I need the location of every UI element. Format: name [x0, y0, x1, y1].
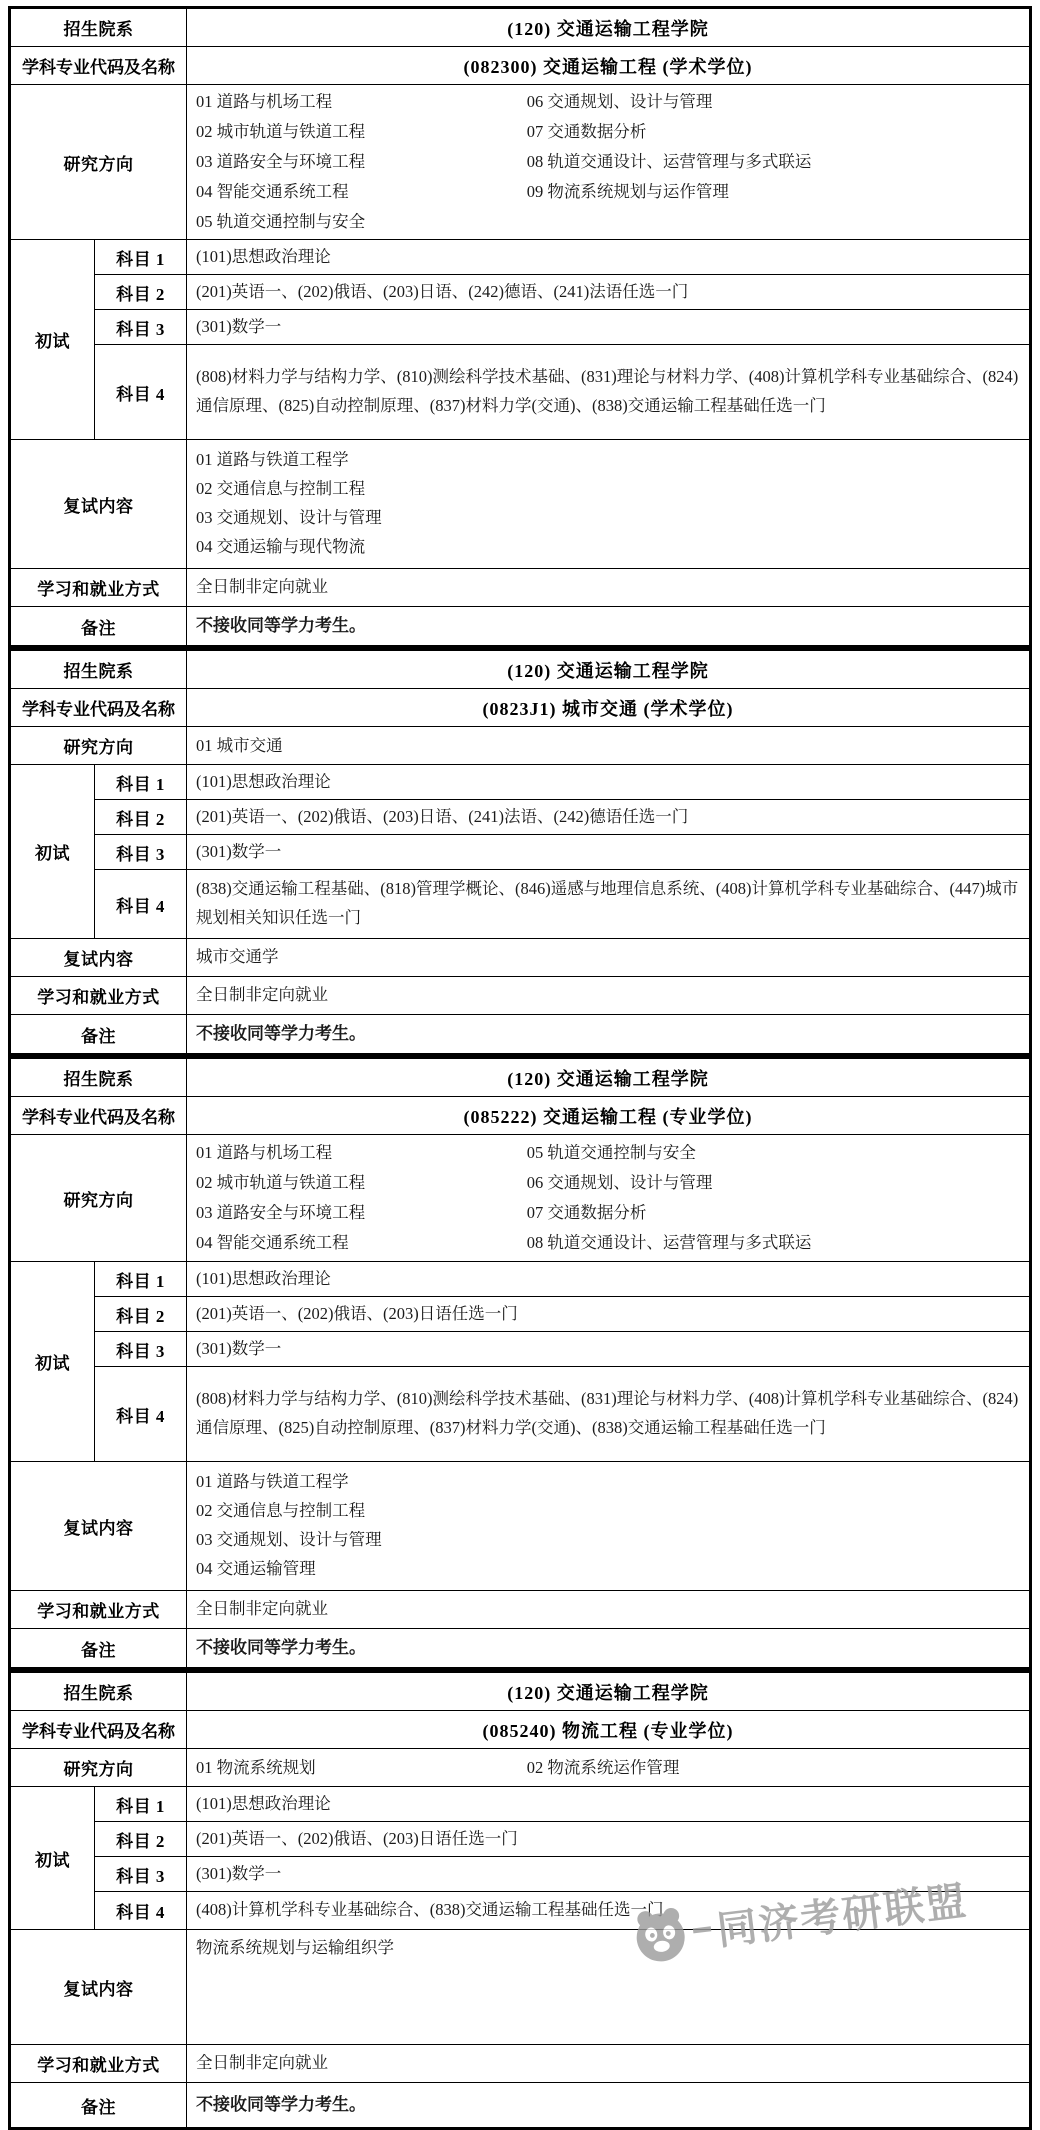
college-label: 招生院系 — [10, 1058, 187, 1097]
admissions-table-sheet: 招生院系 (120) 交通运输工程学院 学科专业代码及名称 (082300) 交… — [8, 6, 1032, 2130]
subject3-row: 科目 3 (301)数学一 — [10, 310, 1031, 345]
directions-left-list: 01 城市交通 — [196, 731, 527, 761]
subject2-row: 科目 2 (201)英语一、(202)俄语、(203)日语任选一门 — [10, 1297, 1031, 1332]
subject4-label: 科目 4 — [95, 1367, 187, 1462]
subject4-row: 科目 4 (838)交通运输工程基础、(818)管理学概论、(846)遥感与地理… — [10, 870, 1031, 939]
directions-row: 研究方向 01 物流系统规划 02 物流系统运作管理 — [10, 1749, 1031, 1787]
study-mode-row: 学习和就业方式 全日制非定向就业 — [10, 977, 1031, 1015]
subject3-label: 科目 3 — [95, 310, 187, 345]
subject1-value: (101)思想政治理论 — [187, 240, 1031, 275]
major-label: 学科专业代码及名称 — [10, 47, 187, 85]
study-mode-value: 全日制非定向就业 — [187, 977, 1031, 1015]
college-value: (120) 交通运输工程学院 — [187, 1672, 1031, 1711]
major-value: (085222) 交通运输工程 (专业学位) — [187, 1097, 1031, 1135]
study-mode-value: 全日制非定向就业 — [187, 2045, 1031, 2083]
subject1-row: 初试 科目 1 (101)思想政治理论 — [10, 1787, 1031, 1822]
subject2-row: 科目 2 (201)英语一、(202)俄语、(203)日语任选一门 — [10, 1822, 1031, 1857]
directions-left-list: 01 道路与机场工程 02 城市轨道与铁道工程 03 道路安全与环境工程 04 … — [196, 1138, 527, 1258]
subject1-label: 科目 1 — [95, 1787, 187, 1822]
remarks-label: 备注 — [10, 607, 187, 647]
college-label: 招生院系 — [10, 1672, 187, 1711]
retest-label: 复试内容 — [10, 939, 187, 977]
initial-exam-label: 初试 — [10, 765, 95, 939]
subject2-value: (201)英语一、(202)俄语、(203)日语任选一门 — [187, 1822, 1031, 1857]
subject3-value: (301)数学一 — [187, 1332, 1031, 1367]
college-label: 招生院系 — [10, 8, 187, 47]
remarks-row: 备注 不接收同等学力考生。 — [10, 2083, 1031, 2129]
directions-columns: 01 道路与机场工程 02 城市轨道与铁道工程 03 道路安全与环境工程 04 … — [196, 87, 1023, 237]
subject3-row: 科目 3 (301)数学一 — [10, 835, 1031, 870]
major-value: (085240) 物流工程 (专业学位) — [187, 1711, 1031, 1749]
subject1-value: (101)思想政治理论 — [187, 1787, 1031, 1822]
subject3-row: 科目 3 (301)数学一 — [10, 1857, 1031, 1892]
subject4-label: 科目 4 — [95, 1892, 187, 1930]
subject2-value: (201)英语一、(202)俄语、(203)日语、(241)法语、(242)德语… — [187, 800, 1031, 835]
retest-label: 复试内容 — [10, 440, 187, 569]
remarks-value: 不接收同等学力考生。 — [187, 1015, 1031, 1055]
retest-value: 物流系统规划与运输组织学 — [187, 1930, 1031, 2045]
directions-columns: 01 物流系统规划 02 物流系统运作管理 — [196, 1753, 1023, 1783]
program-section: 招生院系 (120) 交通运输工程学院 学科专业代码及名称 (0823J1) 城… — [8, 648, 1032, 1056]
directions-value: 01 道路与机场工程 02 城市轨道与铁道工程 03 道路安全与环境工程 04 … — [187, 1135, 1031, 1262]
subject1-row: 初试 科目 1 (101)思想政治理论 — [10, 1262, 1031, 1297]
college-row: 招生院系 (120) 交通运输工程学院 — [10, 1672, 1031, 1711]
program-section: 招生院系 (120) 交通运输工程学院 学科专业代码及名称 (085222) 交… — [8, 1056, 1032, 1670]
major-row: 学科专业代码及名称 (085222) 交通运输工程 (专业学位) — [10, 1097, 1031, 1135]
major-row: 学科专业代码及名称 (082300) 交通运输工程 (学术学位) — [10, 47, 1031, 85]
retest-label: 复试内容 — [10, 1930, 187, 2045]
directions-right-list: 06 交通规划、设计与管理 07 交通数据分析 08 轨道交通设计、运营管理与多… — [527, 87, 1023, 207]
directions-label: 研究方向 — [10, 1135, 187, 1262]
subject3-label: 科目 3 — [95, 1857, 187, 1892]
subject1-value: (101)思想政治理论 — [187, 1262, 1031, 1297]
directions-right-list: 02 物流系统运作管理 — [527, 1753, 1023, 1783]
study-mode-row: 学习和就业方式 全日制非定向就业 — [10, 569, 1031, 607]
subject4-value: (408)计算机学科专业基础综合、(838)交通运输工程基础任选一门 — [187, 1892, 1031, 1930]
study-mode-label: 学习和就业方式 — [10, 977, 187, 1015]
directions-left-list: 01 物流系统规划 — [196, 1753, 527, 1783]
subject1-row: 初试 科目 1 (101)思想政治理论 — [10, 765, 1031, 800]
remarks-value: 不接收同等学力考生。 — [187, 1629, 1031, 1669]
major-row: 学科专业代码及名称 (085240) 物流工程 (专业学位) — [10, 1711, 1031, 1749]
directions-columns: 01 城市交通 — [196, 731, 1023, 761]
college-row: 招生院系 (120) 交通运输工程学院 — [10, 8, 1031, 47]
retest-row: 复试内容 01 道路与铁道工程学 02 交通信息与控制工程 03 交通规划、设计… — [10, 1462, 1031, 1591]
subject1-value: (101)思想政治理论 — [187, 765, 1031, 800]
subject2-label: 科目 2 — [95, 1297, 187, 1332]
subject2-label: 科目 2 — [95, 1822, 187, 1857]
program-section: 招生院系 (120) 交通运输工程学院 学科专业代码及名称 (085240) 物… — [8, 1670, 1032, 2130]
subject1-label: 科目 1 — [95, 765, 187, 800]
subject4-row: 科目 4 (408)计算机学科专业基础综合、(838)交通运输工程基础任选一门 — [10, 1892, 1031, 1930]
directions-label: 研究方向 — [10, 727, 187, 765]
directions-label: 研究方向 — [10, 85, 187, 240]
subject4-label: 科目 4 — [95, 345, 187, 440]
subject3-value: (301)数学一 — [187, 310, 1031, 345]
major-value: (0823J1) 城市交通 (学术学位) — [187, 689, 1031, 727]
subject3-value: (301)数学一 — [187, 835, 1031, 870]
remarks-label: 备注 — [10, 2083, 187, 2129]
retest-row: 复试内容 01 道路与铁道工程学 02 交通信息与控制工程 03 交通规划、设计… — [10, 440, 1031, 569]
college-row: 招生院系 (120) 交通运输工程学院 — [10, 1058, 1031, 1097]
directions-left-list: 01 道路与机场工程 02 城市轨道与铁道工程 03 道路安全与环境工程 04 … — [196, 87, 527, 237]
major-label: 学科专业代码及名称 — [10, 689, 187, 727]
directions-value: 01 道路与机场工程 02 城市轨道与铁道工程 03 道路安全与环境工程 04 … — [187, 85, 1031, 240]
remarks-value: 不接收同等学力考生。 — [187, 2083, 1031, 2129]
subject3-label: 科目 3 — [95, 1332, 187, 1367]
directions-row: 研究方向 01 道路与机场工程 02 城市轨道与铁道工程 03 道路安全与环境工… — [10, 85, 1031, 240]
subject4-row: 科目 4 (808)材料力学与结构力学、(810)测绘科学技术基础、(831)理… — [10, 345, 1031, 440]
retest-row: 复试内容 物流系统规划与运输组织学 — [10, 1930, 1031, 2045]
subject4-value: (808)材料力学与结构力学、(810)测绘科学技术基础、(831)理论与材料力… — [187, 345, 1031, 440]
college-value: (120) 交通运输工程学院 — [187, 1058, 1031, 1097]
subject3-label: 科目 3 — [95, 835, 187, 870]
remarks-row: 备注 不接收同等学力考生。 — [10, 607, 1031, 647]
program-section: 招生院系 (120) 交通运输工程学院 学科专业代码及名称 (082300) 交… — [8, 6, 1032, 648]
directions-right-list: 05 轨道交通控制与安全 06 交通规划、设计与管理 07 交通数据分析 08 … — [527, 1138, 1023, 1258]
subject2-value: (201)英语一、(202)俄语、(203)日语任选一门 — [187, 1297, 1031, 1332]
directions-value: 01 物流系统规划 02 物流系统运作管理 — [187, 1749, 1031, 1787]
subject4-value: (808)材料力学与结构力学、(810)测绘科学技术基础、(831)理论与材料力… — [187, 1367, 1031, 1462]
retest-label: 复试内容 — [10, 1462, 187, 1591]
retest-value: 01 道路与铁道工程学 02 交通信息与控制工程 03 交通规划、设计与管理 0… — [187, 1462, 1031, 1591]
remarks-value: 不接收同等学力考生。 — [187, 607, 1031, 647]
initial-exam-label: 初试 — [10, 1262, 95, 1462]
subject1-label: 科目 1 — [95, 240, 187, 275]
major-label: 学科专业代码及名称 — [10, 1097, 187, 1135]
retest-row: 复试内容 城市交通学 — [10, 939, 1031, 977]
directions-label: 研究方向 — [10, 1749, 187, 1787]
directions-row: 研究方向 01 城市交通 — [10, 727, 1031, 765]
retest-value: 01 道路与铁道工程学 02 交通信息与控制工程 03 交通规划、设计与管理 0… — [187, 440, 1031, 569]
study-mode-value: 全日制非定向就业 — [187, 1591, 1031, 1629]
subject4-row: 科目 4 (808)材料力学与结构力学、(810)测绘科学技术基础、(831)理… — [10, 1367, 1031, 1462]
subject2-row: 科目 2 (201)英语一、(202)俄语、(203)日语、(242)德语、(2… — [10, 275, 1031, 310]
subject2-value: (201)英语一、(202)俄语、(203)日语、(242)德语、(241)法语… — [187, 275, 1031, 310]
subject1-row: 初试 科目 1 (101)思想政治理论 — [10, 240, 1031, 275]
directions-value: 01 城市交通 — [187, 727, 1031, 765]
major-value: (082300) 交通运输工程 (学术学位) — [187, 47, 1031, 85]
directions-columns: 01 道路与机场工程 02 城市轨道与铁道工程 03 道路安全与环境工程 04 … — [196, 1138, 1023, 1258]
retest-value: 城市交通学 — [187, 939, 1031, 977]
study-mode-label: 学习和就业方式 — [10, 569, 187, 607]
remarks-row: 备注 不接收同等学力考生。 — [10, 1015, 1031, 1055]
study-mode-row: 学习和就业方式 全日制非定向就业 — [10, 2045, 1031, 2083]
college-label: 招生院系 — [10, 650, 187, 689]
subject3-row: 科目 3 (301)数学一 — [10, 1332, 1031, 1367]
subject4-value: (838)交通运输工程基础、(818)管理学概论、(846)遥感与地理信息系统、… — [187, 870, 1031, 939]
subject2-row: 科目 2 (201)英语一、(202)俄语、(203)日语、(241)法语、(2… — [10, 800, 1031, 835]
subject3-value: (301)数学一 — [187, 1857, 1031, 1892]
subject2-label: 科目 2 — [95, 800, 187, 835]
major-label: 学科专业代码及名称 — [10, 1711, 187, 1749]
remarks-label: 备注 — [10, 1629, 187, 1669]
study-mode-value: 全日制非定向就业 — [187, 569, 1031, 607]
college-value: (120) 交通运输工程学院 — [187, 650, 1031, 689]
directions-row: 研究方向 01 道路与机场工程 02 城市轨道与铁道工程 03 道路安全与环境工… — [10, 1135, 1031, 1262]
initial-exam-label: 初试 — [10, 240, 95, 440]
subject2-label: 科目 2 — [95, 275, 187, 310]
major-row: 学科专业代码及名称 (0823J1) 城市交通 (学术学位) — [10, 689, 1031, 727]
study-mode-label: 学习和就业方式 — [10, 1591, 187, 1629]
study-mode-label: 学习和就业方式 — [10, 2045, 187, 2083]
study-mode-row: 学习和就业方式 全日制非定向就业 — [10, 1591, 1031, 1629]
remarks-label: 备注 — [10, 1015, 187, 1055]
subject1-label: 科目 1 — [95, 1262, 187, 1297]
college-value: (120) 交通运输工程学院 — [187, 8, 1031, 47]
college-row: 招生院系 (120) 交通运输工程学院 — [10, 650, 1031, 689]
subject4-label: 科目 4 — [95, 870, 187, 939]
initial-exam-label: 初试 — [10, 1787, 95, 1930]
remarks-row: 备注 不接收同等学力考生。 — [10, 1629, 1031, 1669]
